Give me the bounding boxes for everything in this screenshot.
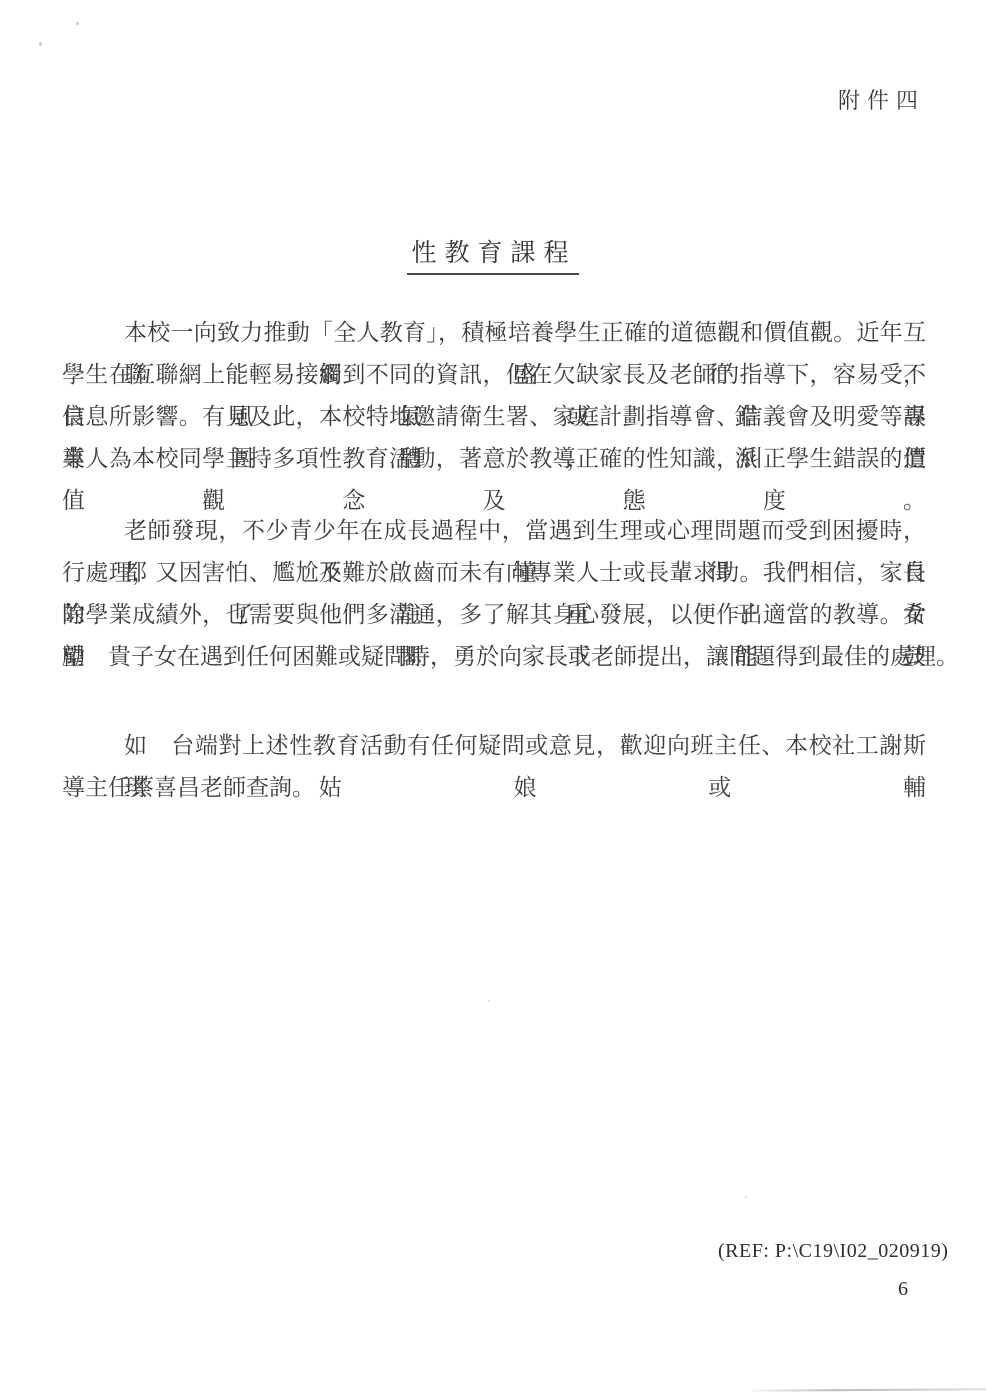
text-line: 勵 貴子女在遇到任何困難或疑問時，勇於向家長或老師提出，讓問題得到最佳的處理。	[62, 636, 926, 678]
scan-speck	[745, 1196, 747, 1198]
text-line: 專人為本校同學主持多項性教育活動，著意於教導正確的性知識，糾正學生錯誤的價值觀念…	[62, 438, 926, 480]
body-paragraph-3: 如 台端對上述性教育活動有任何疑問或意見，歡迎向班主任、本校社工謝斯琪姑娘或輔 …	[62, 725, 926, 809]
text-line: 如 台端對上述性教育活動有任何疑問或意見，歡迎向班主任、本校社工謝斯琪姑娘或輔	[62, 725, 926, 767]
document-title: 性教育課程	[407, 233, 578, 275]
attachment-label: 附件四	[838, 84, 925, 115]
scan-speck	[76, 22, 79, 25]
body-paragraph-2: 老師發現，不少青少年在成長過程中，當遇到生理或心理問題而受到困擾時，都不懂得自 …	[62, 510, 926, 678]
text-line: 學生在互聯網上能輕易接觸到不同的資訊，但在欠缺家長及老師的指導下，容易受不良風氣…	[62, 354, 926, 396]
text-line: 行處理，又因害怕、尷尬及難於啟齒而未有向專業人士或長輩求助。我們相信，家長除了注…	[62, 552, 926, 594]
ref-label: (REF: P:\C19\I02_020919)	[718, 1240, 948, 1263]
scan-speck	[39, 42, 42, 46]
body-paragraph-1: 本校一向致力推動「全人教育」，積極培養學生正確的道德觀和價值觀。近年互聯網盛行，…	[62, 312, 926, 480]
text-line: 信息所影響。有見及此，本校特地邀請衛生署、家庭計劃指導會、信義會及明愛等專業團體…	[62, 396, 926, 438]
page-number: 6	[898, 1278, 908, 1301]
text-line: 老師發現，不少青少年在成長過程中，當遇到生理或心理問題而受到困擾時，都不懂得自	[62, 510, 926, 552]
scan-artifact-line	[752, 1388, 986, 1391]
text-line: 本校一向致力推動「全人教育」，積極培養學生正確的道德觀和價值觀。近年互聯網盛行，	[62, 312, 926, 354]
scan-speck	[488, 1000, 490, 1002]
document-page: 附件四 性教育課程 本校一向致力推動「全人教育」，積極培養學生正確的道德觀和價值…	[0, 0, 986, 1395]
text-line: 的學業成績外，也需要與他們多溝通，多了解其身心發展，以便作出適當的教導。希望 閣…	[62, 594, 926, 636]
document-title-wrap: 性教育課程	[0, 233, 986, 275]
